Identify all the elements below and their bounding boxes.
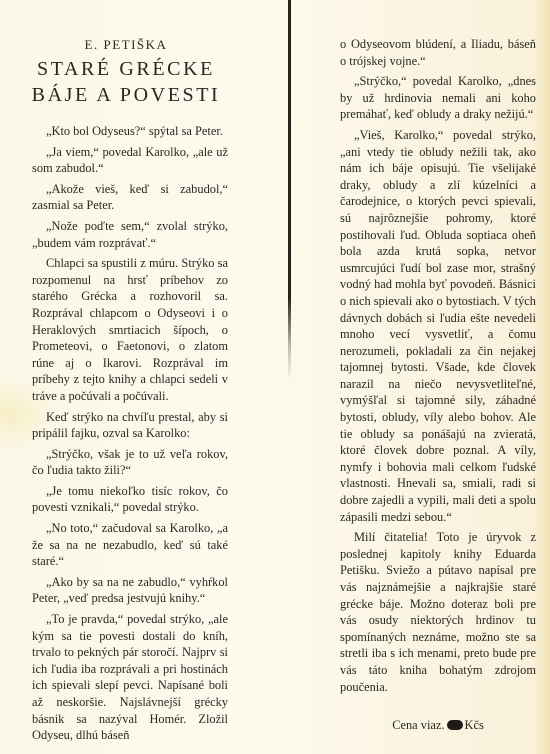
paragraph: „Kto bol Odyseus?“ spýtal sa Peter. [32, 123, 228, 140]
paragraph: „Je tomu niekoľko tisíc rokov, čo povest… [32, 483, 228, 516]
paragraph: „Vieš, Karolko,“ povedal strýko, „ani vt… [340, 127, 536, 525]
paragraph: „Ako by sa na ne zabudlo,“ vyhŕkol Peter… [32, 574, 228, 607]
left-column: E. PETIŠKA STARÉ GRÉCKE BÁJE A POVESTI „… [32, 36, 228, 748]
paragraph: Chlapci sa spustili z múru. Strýko sa ro… [32, 255, 228, 404]
ink-blot-obscured-price [447, 720, 463, 730]
book-title-line-1: STARÉ GRÉCKE [24, 56, 228, 82]
paragraph: „Ja viem,“ povedal Karolko, „ale už som … [32, 144, 228, 177]
paragraph: „No toto,“ začudoval sa Karolko, „a že s… [32, 520, 228, 570]
paragraph: „Strýčko, však je to už veľa rokov, čo ľ… [32, 446, 228, 479]
price-line: Cena viaz.Kčs [340, 717, 536, 734]
price-currency: Kčs [465, 718, 484, 732]
title-spacer [32, 108, 228, 123]
paragraph: „Akože vieš, keď si zabudol,“ zasmial sa… [32, 181, 228, 214]
book-title-line-2: BÁJE A POVESTI [24, 82, 228, 108]
price-prefix: Cena viaz. [392, 718, 444, 732]
column-divider-rule [288, 0, 291, 380]
paragraph-continuation: o Odyseovom blúdení, a Iliadu, báseň o t… [340, 36, 536, 69]
author-name: E. PETIŠKA [24, 36, 228, 54]
paragraph: „To je pravda,“ povedal strýko, „ale kým… [32, 611, 228, 744]
paragraph: Keď strýko na chvíľu prestal, aby si pri… [32, 409, 228, 442]
paragraph: „Strýčko,“ povedal Karolko, „dnes by už … [340, 73, 536, 123]
paragraph: „Nože poďte sem,“ zvolal strýko, „budem … [32, 218, 228, 251]
right-column: o Odyseovom blúdení, a Iliadu, báseň o t… [340, 36, 536, 738]
publisher-blurb: Milí čitatelia! Toto je úryvok z posledn… [340, 529, 536, 695]
book-jacket-page: E. PETIŠKA STARÉ GRÉCKE BÁJE A POVESTI „… [0, 0, 550, 754]
